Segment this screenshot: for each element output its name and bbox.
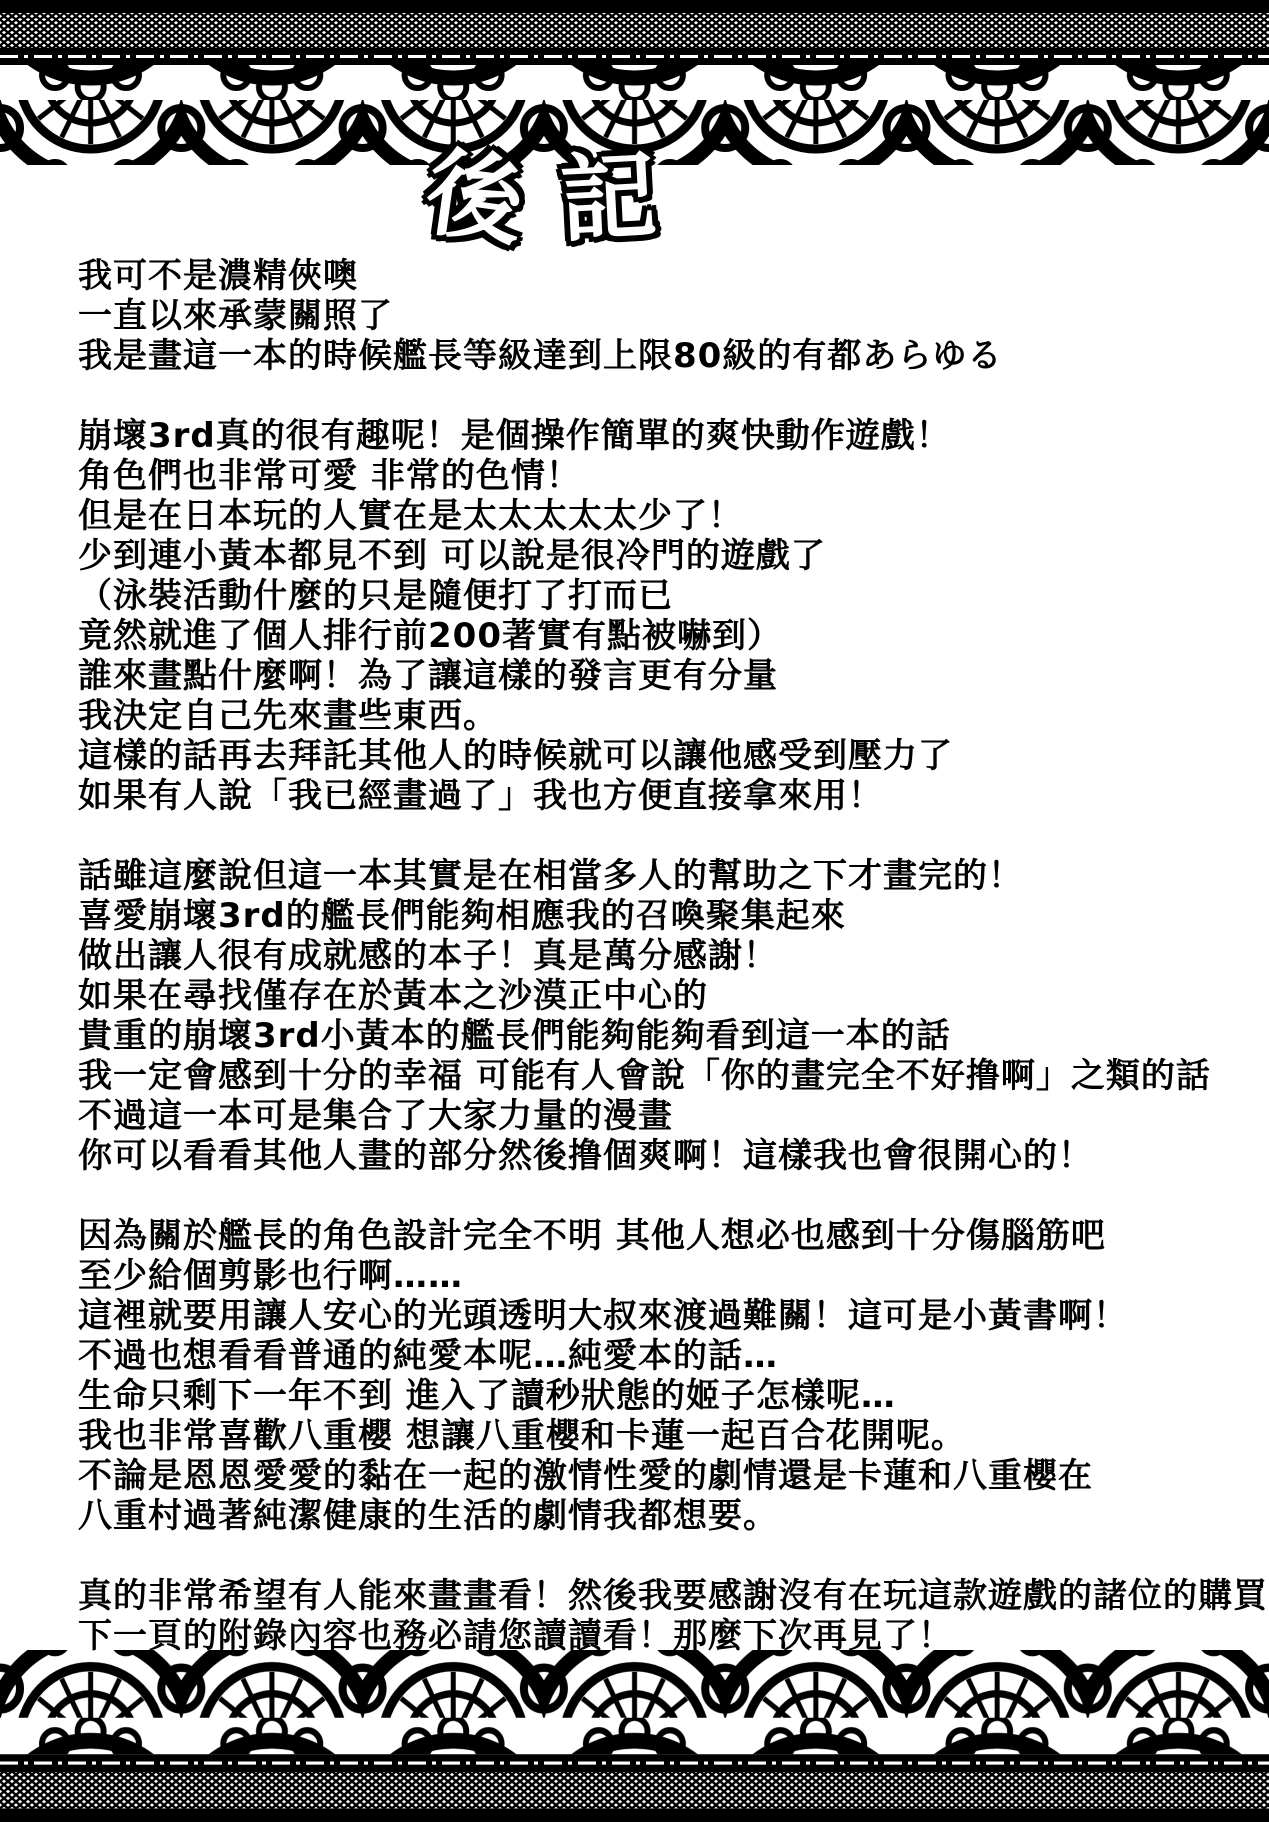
- afterword-paragraph: 真的非常希望有人能來畫畫看！然後我要感謝沒有在玩這款遊戲的諸位的購買！下一頁的附…: [78, 1576, 1253, 1656]
- lace-border-bottom-decoration: [0, 1650, 1269, 1822]
- page-title-char: 後: [419, 116, 533, 265]
- text-line: 但是在日本玩的人實在是太太太太太少了！: [78, 496, 1253, 536]
- text-line: 這樣的話再去拜託其他人的時候就可以讓他感受到壓力了: [78, 736, 1253, 776]
- page-title-char: 記: [556, 120, 659, 262]
- text-line: 你可以看看其他人畫的部分然後撸個爽啊！這樣我也會很開心的！: [78, 1136, 1253, 1176]
- text-line: 做出讓人很有成就感的本子！真是萬分感謝！: [78, 936, 1253, 976]
- text-line: 如果有人說「我已經畫過了」我也方便直接拿來用！: [78, 776, 1253, 816]
- text-line: 貴重的崩壞3rd小黃本的艦長們能夠能夠看到這一本的話: [78, 1016, 1253, 1056]
- afterword-page: 後記 我可不是濃精俠噢一直以來承蒙關照了我是畫這一本的時候艦長等級達到上限80級…: [0, 0, 1269, 1822]
- text-line: （泳裝活動什麼的只是隨便打了打而已: [78, 576, 1253, 616]
- text-line: 崩壞3rd真的很有趣呢！是個操作簡單的爽快動作遊戲！: [78, 416, 1253, 456]
- text-line: 喜愛崩壞3rd的艦長們能夠相應我的召喚聚集起來: [78, 896, 1253, 936]
- afterword-paragraph: 因為關於艦長的角色設計完全不明 其他人想必也感到十分傷腦筋吧至少給個剪影也行啊……: [78, 1216, 1253, 1536]
- text-line: 我一定會感到十分的幸福 可能有人會說「你的畫完全不好撸啊」之類的話: [78, 1056, 1253, 1096]
- text-line: 至少給個剪影也行啊……: [78, 1256, 1253, 1296]
- text-line: 角色們也非常可愛 非常的色情！: [78, 456, 1253, 496]
- text-line: 一直以來承蒙關照了: [78, 296, 1253, 336]
- text-line: 我也非常喜歡八重櫻 想讓八重櫻和卡蓮一起百合花開呢。: [78, 1416, 1253, 1456]
- text-line: 不論是恩恩愛愛的黏在一起的激情性愛的劇情還是卡蓮和八重櫻在: [78, 1456, 1253, 1496]
- text-line: 竟然就進了個人排行前200著實有點被嚇到）: [78, 616, 1253, 656]
- afterword-body: 我可不是濃精俠噢一直以來承蒙關照了我是畫這一本的時候艦長等級達到上限80級的有都…: [78, 256, 1253, 1656]
- text-line: 我決定自己先來畫些東西。: [78, 696, 1253, 736]
- text-line: 八重村過著純潔健康的生活的劇情我都想要。: [78, 1496, 1253, 1536]
- afterword-paragraph: 我可不是濃精俠噢一直以來承蒙關照了我是畫這一本的時候艦長等級達到上限80級的有都…: [78, 256, 1253, 376]
- text-line: 不過這一本可是集合了大家力量的漫畫: [78, 1096, 1253, 1136]
- text-line: 話雖這麼說但這一本其實是在相當多人的幫助之下才畫完的！: [78, 856, 1253, 896]
- text-line: 誰來畫點什麼啊！為了讓這樣的發言更有分量: [78, 656, 1253, 696]
- text-line: 真的非常希望有人能來畫畫看！然後我要感謝沒有在玩這款遊戲的諸位的購買！: [78, 1576, 1253, 1616]
- text-line: 這裡就要用讓人安心的光頭透明大叔來渡過難關！這可是小黃書啊！: [78, 1296, 1253, 1336]
- page-title: 後記: [428, 122, 656, 259]
- text-line: 如果在尋找僅存在於黃本之沙漠正中心的: [78, 976, 1253, 1016]
- afterword-paragraph: 話雖這麼說但這一本其實是在相當多人的幫助之下才畫完的！喜愛崩壞3rd的艦長們能夠…: [78, 856, 1253, 1176]
- text-line: 不過也想看看普通的純愛本呢…純愛本的話…: [78, 1336, 1253, 1376]
- text-line: 少到連小黃本都見不到 可以說是很冷門的遊戲了: [78, 536, 1253, 576]
- afterword-paragraph: 崩壞3rd真的很有趣呢！是個操作簡單的爽快動作遊戲！角色們也非常可愛 非常的色情…: [78, 416, 1253, 816]
- text-line: 因為關於艦長的角色設計完全不明 其他人想必也感到十分傷腦筋吧: [78, 1216, 1253, 1256]
- text-line: 我可不是濃精俠噢: [78, 256, 1253, 296]
- text-line: 生命只剩下一年不到 進入了讀秒狀態的姬子怎樣呢…: [78, 1376, 1253, 1416]
- text-line: 我是畫這一本的時候艦長等級達到上限80級的有都あらゆる: [78, 336, 1253, 376]
